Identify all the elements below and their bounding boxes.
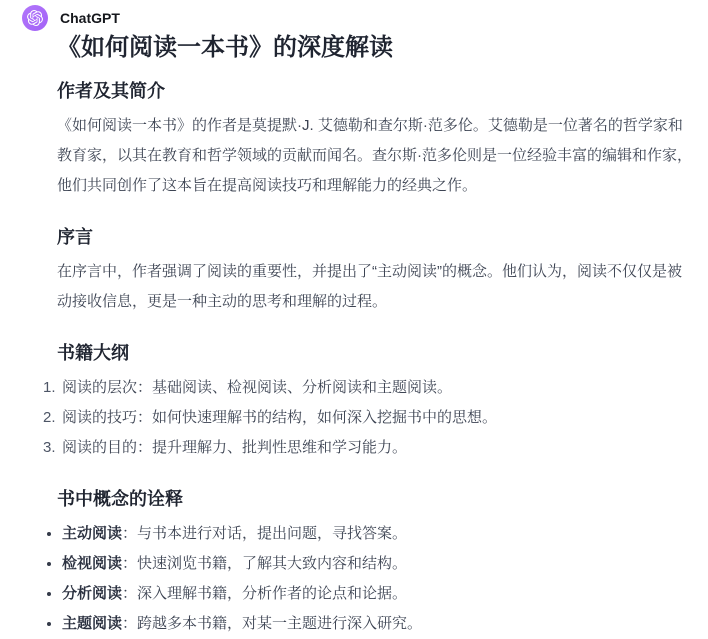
bullet-icon (47, 562, 51, 566)
bullet-icon (47, 622, 51, 626)
assistant-message-body: 《如何阅读一本书》的深度解读 作者及其简介 《如何阅读一本书》的作者是莫提默·J… (22, 35, 693, 639)
list-number: 3. (43, 433, 62, 463)
list-item: 检视阅读：快速浏览书籍，了解其大致内容和结构。 (57, 549, 697, 579)
list-item-text: 主动阅读：与书本进行对话，提出问题，寻找答案。 (62, 519, 697, 549)
concept-desc: ：快速浏览书籍，了解其大致内容和结构。 (122, 555, 407, 572)
section-preface: 序言 在序言中，作者强调了阅读的重要性，并提出了“主动阅读”的概念。他们认为，阅… (57, 225, 693, 317)
concept-term: 主题阅读 (62, 615, 122, 632)
list-item-text: 主题阅读：跨越多本书籍，对某一主题进行深入研究。 (62, 609, 697, 639)
openai-logo-icon (27, 10, 43, 26)
section-paragraph: 在序言中，作者强调了阅读的重要性，并提出了“主动阅读”的概念。他们认为，阅读不仅… (57, 257, 693, 317)
concept-term: 检视阅读 (62, 555, 122, 572)
chat-page: ChatGPT 《如何阅读一本书》的深度解读 作者及其简介 《如何阅读一本书》的… (0, 0, 708, 639)
bullet-icon (47, 592, 51, 596)
concept-desc: ：跨越多本书籍，对某一主题进行深入研究。 (122, 615, 422, 632)
section-concepts: 书中概念的诠释 主动阅读：与书本进行对话，提出问题，寻找答案。 检视阅读：快速浏… (57, 487, 693, 639)
page-title: 《如何阅读一本书》的深度解读 (57, 35, 693, 61)
list-item: 1. 阅读的层次：基础阅读、检视阅读、分析阅读和主题阅读。 (57, 373, 697, 403)
list-item: 3. 阅读的目的：提升理解力、批判性思维和学习能力。 (57, 433, 697, 463)
bullet-icon (47, 532, 51, 536)
concept-desc: ：深入理解书籍，分析作者的论点和论据。 (122, 585, 407, 602)
list-item-text: 阅读的技巧：如何快速理解书的结构，如何深入挖掘书中的思想。 (62, 403, 697, 433)
assistant-message-header: ChatGPT (22, 5, 691, 31)
list-item-text: 阅读的层次：基础阅读、检视阅读、分析阅读和主题阅读。 (62, 373, 697, 403)
list-item: 主题阅读：跨越多本书籍，对某一主题进行深入研究。 (57, 609, 697, 639)
section-paragraph: 《如何阅读一本书》的作者是莫提默·J. 艾德勒和查尔斯·范多伦。艾德勒是一位著名… (57, 111, 693, 201)
list-number: 1. (43, 373, 62, 403)
list-item-text: 检视阅读：快速浏览书籍，了解其大致内容和结构。 (62, 549, 697, 579)
list-number: 2. (43, 403, 62, 433)
concepts-bullet-list: 主动阅读：与书本进行对话，提出问题，寻找答案。 检视阅读：快速浏览书籍，了解其大… (57, 519, 697, 639)
section-author: 作者及其简介 《如何阅读一本书》的作者是莫提默·J. 艾德勒和查尔斯·范多伦。艾… (57, 79, 693, 201)
concept-desc: ：与书本进行对话，提出问题，寻找答案。 (122, 525, 407, 542)
list-item-text: 分析阅读：深入理解书籍，分析作者的论点和论据。 (62, 579, 697, 609)
brand-label: ChatGPT (60, 10, 120, 26)
list-item: 分析阅读：深入理解书籍，分析作者的论点和论据。 (57, 579, 697, 609)
section-heading: 作者及其简介 (57, 79, 693, 103)
chatgpt-avatar (22, 5, 48, 31)
section-outline: 书籍大纲 1. 阅读的层次：基础阅读、检视阅读、分析阅读和主题阅读。 2. 阅读… (57, 341, 693, 463)
concept-term: 分析阅读 (62, 585, 122, 602)
outline-ordered-list: 1. 阅读的层次：基础阅读、检视阅读、分析阅读和主题阅读。 2. 阅读的技巧：如… (57, 373, 697, 463)
section-heading: 书中概念的诠释 (57, 487, 693, 511)
list-item: 主动阅读：与书本进行对话，提出问题，寻找答案。 (57, 519, 697, 549)
section-heading: 书籍大纲 (57, 341, 693, 365)
list-item-text: 阅读的目的：提升理解力、批判性思维和学习能力。 (62, 433, 697, 463)
section-heading: 序言 (57, 225, 693, 249)
concept-term: 主动阅读 (62, 525, 122, 542)
list-item: 2. 阅读的技巧：如何快速理解书的结构，如何深入挖掘书中的思想。 (57, 403, 697, 433)
